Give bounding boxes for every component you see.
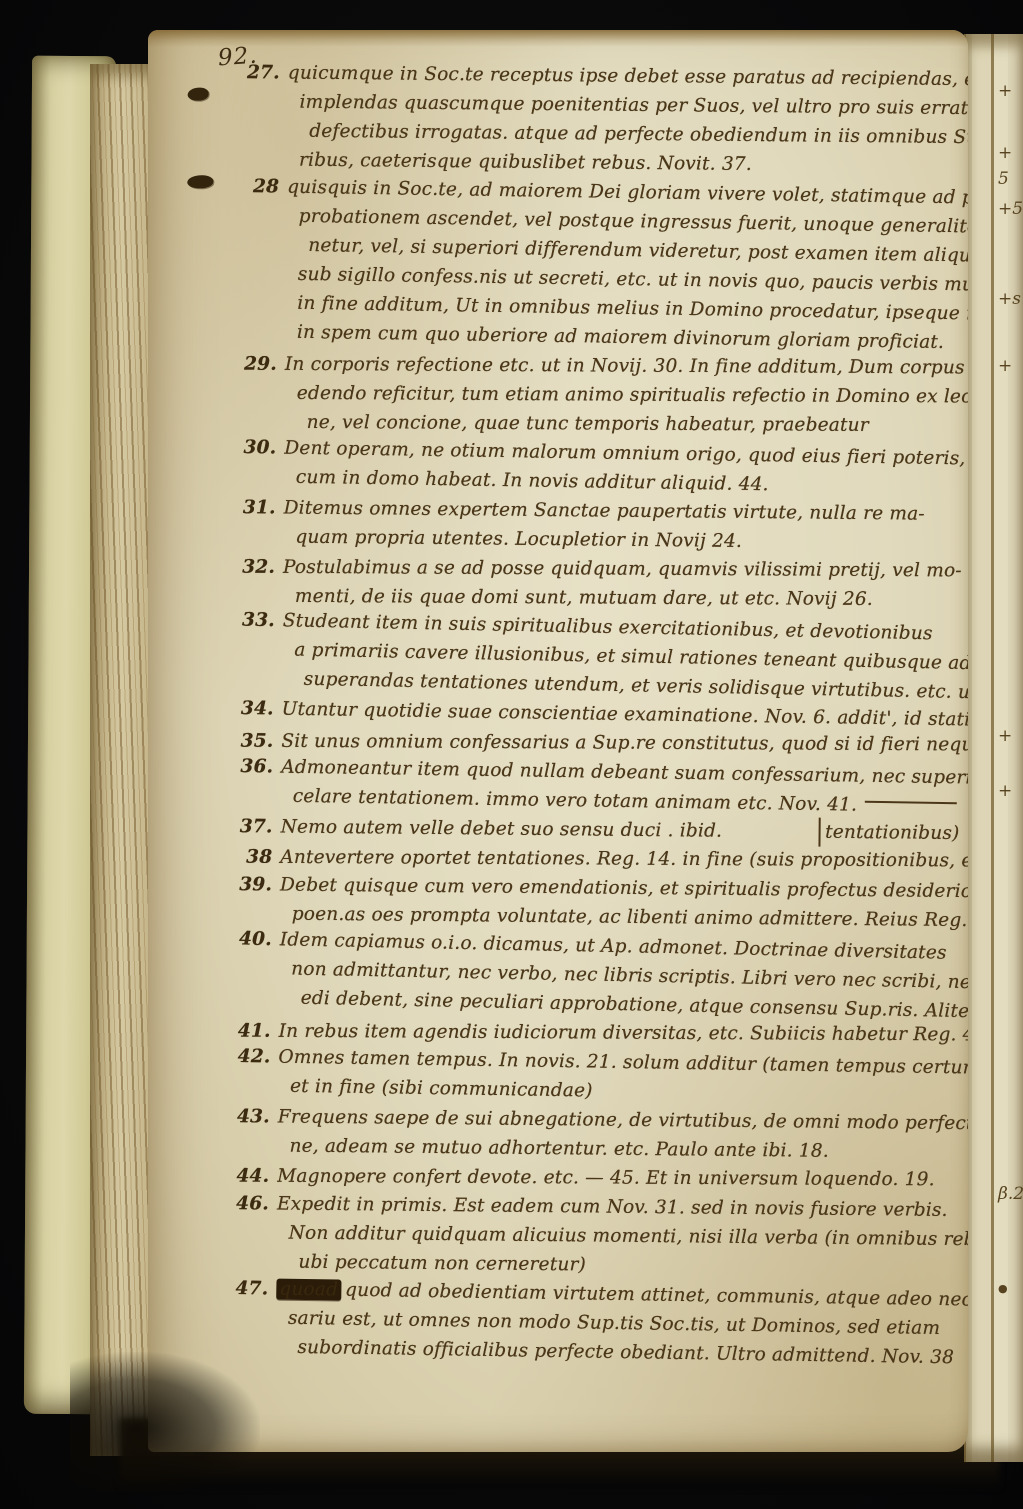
facing-page-mark: 5	[998, 171, 1009, 188]
manuscript-line: Postulabimus a se ad posse quidquam, qua…	[283, 553, 953, 586]
facing-page-mark: β.2	[998, 1186, 1023, 1203]
facing-page-mark: +	[998, 83, 1012, 100]
manuscript-item: 40.Idem capiamus o.i.o. dicamus, ut Ap. …	[224, 924, 950, 1026]
manuscript-item: 42.Omnes tamen tempus. In novis. 21. sol…	[224, 1042, 949, 1111]
manuscript-item: 31.Ditemus omnes expertem Sanctae pauper…	[229, 493, 954, 558]
facing-page-mark: ●	[998, 1280, 1008, 1297]
item-number: 40.	[226, 924, 281, 954]
item-number: 33.	[229, 605, 284, 635]
marginal-insertion: tentationibus)	[818, 818, 960, 848]
margin-annotation-mark	[188, 88, 209, 101]
manuscript-line: In corporis refectione etc. ut in Novij.…	[285, 350, 955, 383]
manuscript-page: 92. 27.quicumque in Soc.te receptus ipse…	[148, 30, 968, 1452]
facing-page-mark: +	[998, 728, 1012, 745]
facing-page-mark: +5	[998, 201, 1023, 218]
facing-page-mark: +	[998, 145, 1012, 162]
item-number: 28	[233, 172, 287, 202]
manuscript-item: 43.Frequens saepe de sui abnegatione, de…	[223, 1102, 948, 1167]
manuscript-text: 27.quicumque in Soc.te receptus ipse deb…	[221, 58, 957, 1370]
item-number: 27.	[234, 58, 288, 88]
item-number: 38	[226, 843, 280, 872]
manuscript-item: 36.Admoneantur item quod nullam debeant …	[227, 752, 952, 821]
item-number: 31.	[230, 493, 284, 523]
manuscript-item: 33.Studeant item in suis spiritualibus e…	[227, 605, 953, 707]
facing-page-mark: +	[998, 358, 1012, 375]
facing-page-mark: +	[998, 783, 1012, 800]
item-number: 29.	[231, 350, 285, 379]
manuscript-scan: ++5+5+s+++β.2● 92. 27.quicumque in Soc.t…	[0, 0, 1023, 1509]
item-number: 44.	[223, 1162, 277, 1191]
item-number: 46.	[223, 1189, 277, 1219]
manuscript-item: 30.Dent operam, ne otium malorum omnium …	[230, 433, 955, 502]
struck-out-word: quoad	[276, 1279, 341, 1301]
item-number: 42.	[224, 1042, 278, 1072]
manuscript-item: 29.In corporis refectione etc. ut in Nov…	[231, 350, 955, 441]
item-number: 43.	[224, 1102, 278, 1132]
margin-annotation-mark	[187, 175, 213, 188]
manuscript-item: 46.Expedit in primis. Est eadem cum Nov.…	[222, 1189, 947, 1283]
item-number: 37.	[226, 812, 280, 842]
manuscript-item: 27.quicumque in Soc.te receptus ipse deb…	[233, 58, 958, 181]
item-number: 47.	[222, 1274, 276, 1304]
manuscript-line: edendo reficitur, tum etiam animo spirit…	[285, 379, 955, 412]
manuscript-item: 39.Debet quisque cum vero emendationis, …	[226, 870, 951, 935]
item-number: 34.	[228, 694, 282, 724]
facing-page-edge: ++5+5+s+++β.2●	[964, 34, 1023, 1462]
insertion-bracket-line	[865, 801, 957, 804]
item-number: 39.	[226, 870, 280, 900]
facing-page-mark: +s	[998, 291, 1021, 308]
item-number: 36.	[227, 752, 281, 782]
manuscript-item: 47.quoadquod ad obedientiam virtutem att…	[221, 1274, 946, 1372]
manuscript-item: 32.Postulabimus a se ad posse quidquam, …	[229, 553, 953, 615]
item-number: 30.	[230, 433, 284, 463]
manuscript-item: 28quisquis in Soc.te, ad maiorem Dei glo…	[231, 172, 958, 357]
item-number: 32.	[229, 553, 283, 582]
